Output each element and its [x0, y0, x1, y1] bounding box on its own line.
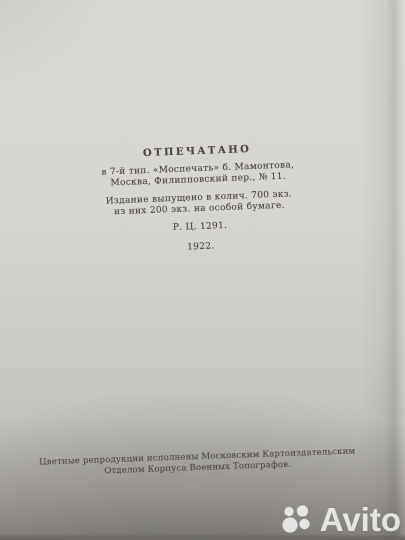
colophon-block: ОТПЕЧАТАНО в 7-й тип. «Моспечать» б. Мам… [72, 141, 326, 257]
avito-watermark: Avito [280, 504, 401, 536]
avito-wordmark: Avito [320, 504, 401, 536]
censor-mark: Р. Ц. 1291. [74, 217, 324, 237]
book-page-photo: ОТПЕЧАТАНО в 7-й тип. «Моспечать» б. Мам… [0, 0, 405, 540]
avito-logo-icon [280, 504, 316, 536]
